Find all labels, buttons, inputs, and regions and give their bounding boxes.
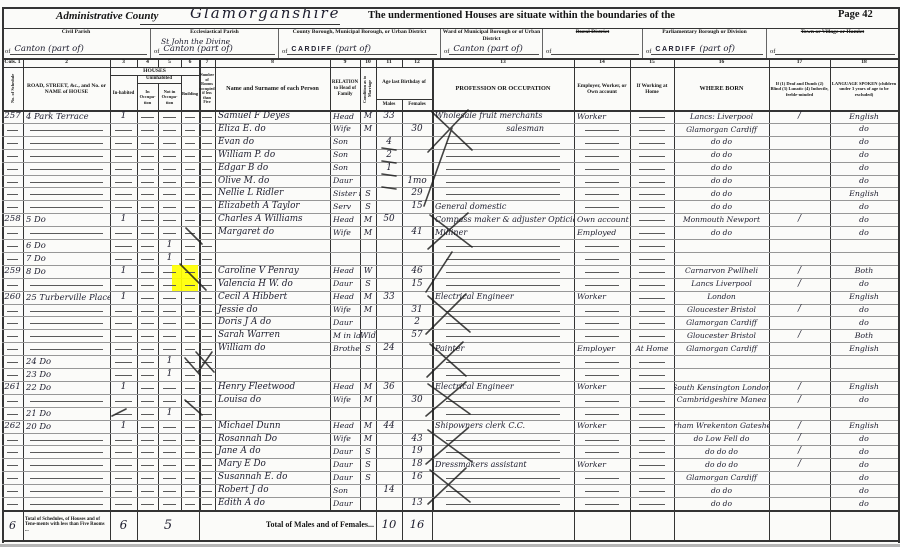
cell-inh: 1 xyxy=(110,265,137,278)
cell-dash xyxy=(115,401,131,402)
cell-dash xyxy=(115,143,131,144)
cell-dash xyxy=(163,452,177,453)
cell-name: Doris J A do xyxy=(215,316,330,329)
cell-dash xyxy=(7,207,19,208)
cell-dash xyxy=(585,478,619,479)
cell-dash xyxy=(7,285,19,286)
cell-dash xyxy=(185,194,196,195)
cell-sched: 259 xyxy=(2,265,23,278)
cell-prof: Electrical Engineer xyxy=(432,291,574,304)
cell-dash xyxy=(30,182,104,183)
cell-dash xyxy=(185,285,196,286)
cell-lang: do xyxy=(830,445,898,458)
cell-name: Nellie L Ridler xyxy=(215,187,330,200)
cell-dash xyxy=(7,156,19,157)
cell-dash xyxy=(30,207,104,208)
cell-dash xyxy=(585,452,619,453)
cell-dash xyxy=(446,478,560,479)
cell-dash xyxy=(163,143,177,144)
cell-dash xyxy=(30,323,104,324)
cell-dash xyxy=(7,130,19,131)
column-number: Cols. 1 xyxy=(2,58,23,67)
cell-dash xyxy=(30,504,104,505)
cell-name: Valencia H W. do xyxy=(215,278,330,291)
cell-dash xyxy=(446,259,560,260)
cell-dash xyxy=(30,143,104,144)
cell-rel: Head xyxy=(330,265,360,278)
cell-name: Cecil A Hibbert xyxy=(215,291,330,304)
column-header-rooms: Number of Rooms occupied if less than Fi… xyxy=(199,68,215,110)
cell-dash xyxy=(639,375,665,376)
cell-infirm: / xyxy=(769,110,830,123)
cell-dash xyxy=(163,194,177,195)
column-header-prof: PROFESSION OR OCCUPATION xyxy=(432,70,574,108)
cell-dash xyxy=(446,375,560,376)
cell-agem: 24 xyxy=(376,342,402,355)
cell-agef: 30 xyxy=(402,394,432,407)
cell-prof: salesman xyxy=(432,123,574,136)
column-header-born: WHERE BORN xyxy=(674,70,769,108)
cell-name: Margaret do xyxy=(215,226,330,239)
cell-lang: do xyxy=(830,123,898,136)
cell-lang: do xyxy=(830,484,898,497)
cell-addr: 21 Do xyxy=(23,407,110,420)
cell-rel: Head xyxy=(330,110,360,123)
column-header-emp: Employer, Worker, or Own account xyxy=(574,70,630,108)
cell-born: do do xyxy=(674,200,769,213)
table-vertical-rule xyxy=(769,510,770,540)
cell-dash xyxy=(115,465,131,466)
cell-dash xyxy=(7,414,19,415)
column-number: 5 xyxy=(158,58,181,67)
cell-dash xyxy=(185,388,196,389)
cell-dash xyxy=(30,169,104,170)
cell-dash xyxy=(185,207,196,208)
cell-dash xyxy=(141,272,154,273)
cell-rel: Brother xyxy=(330,342,360,355)
cell-dash xyxy=(585,194,619,195)
cell-lang: do xyxy=(830,136,898,149)
cell-dash xyxy=(141,246,154,247)
cell-infirm: / xyxy=(769,458,830,471)
cell-dash xyxy=(639,311,665,312)
cell-born: London xyxy=(674,291,769,304)
cell-born: Durham Wrekenton Gateshead xyxy=(674,420,769,433)
cell-lang: English xyxy=(830,342,898,355)
cell-dash xyxy=(202,285,212,286)
cell-cond: S xyxy=(360,342,376,355)
cell-dash xyxy=(639,169,665,170)
cell-dash xyxy=(163,233,177,234)
cell-dash xyxy=(141,465,154,466)
column-header-cond: Condition as to Marriage xyxy=(360,68,376,110)
cell-dash xyxy=(202,169,212,170)
district-box: Rural Districtof xyxy=(542,28,642,58)
column-number: 15 xyxy=(630,58,674,67)
cell-cond: M xyxy=(360,394,376,407)
total-females: 16 xyxy=(402,510,432,540)
cell-rel: Daur xyxy=(330,497,360,510)
cell-lang: do xyxy=(830,497,898,510)
table-vertical-rule xyxy=(630,510,631,540)
cell-agem: 36 xyxy=(376,381,402,394)
cell-agem: 14 xyxy=(376,484,402,497)
cell-dash xyxy=(639,285,665,286)
cell-dash xyxy=(202,194,212,195)
cell-dash xyxy=(7,143,19,144)
cell-dash xyxy=(446,440,560,441)
cell-dash xyxy=(585,401,619,402)
cell-lang: Both xyxy=(830,329,898,342)
cell-dash xyxy=(202,182,212,183)
cell-name: Michael Dunn xyxy=(215,420,330,433)
cell-born: Glamorgan Cardiff xyxy=(674,342,769,355)
district-value-row: ofCanton (part of) xyxy=(5,44,147,55)
cell-agef: 29 xyxy=(402,187,432,200)
cell-dash xyxy=(163,130,177,131)
cell-dash xyxy=(185,311,196,312)
cell-dash xyxy=(446,194,560,195)
cell-dash xyxy=(585,246,619,247)
column-number: 14 xyxy=(574,58,630,67)
column-header-notocc: Not in Occupa-tion xyxy=(158,84,181,110)
cell-infirm: / xyxy=(769,278,830,291)
district-value-row: of xyxy=(546,48,639,55)
cell-dash xyxy=(185,465,196,466)
cell-born: do do xyxy=(674,497,769,510)
cell-rel: Daur xyxy=(330,278,360,291)
cell-dash xyxy=(639,414,665,415)
cell-dash xyxy=(585,182,619,183)
cell-cond: S xyxy=(360,458,376,471)
cell-dash xyxy=(202,362,212,363)
cell-born: do do xyxy=(674,187,769,200)
cell-emp: Worker xyxy=(574,458,630,471)
cell-dash xyxy=(639,388,665,389)
cell-name: Louisa do xyxy=(215,394,330,407)
cell-dash xyxy=(185,452,196,453)
cell-dash xyxy=(639,452,665,453)
cell-dash xyxy=(639,130,665,131)
cell-dash xyxy=(7,259,19,260)
cell-sched: 260 xyxy=(2,291,23,304)
district-title: Civil Parish xyxy=(2,28,150,36)
district-value-row: of xyxy=(770,48,895,55)
cell-rel: Son xyxy=(330,149,360,162)
page-number: Page 42 xyxy=(838,9,873,20)
cell-rel: Daur xyxy=(330,458,360,471)
table-vertical-rule xyxy=(199,58,201,510)
cell-born: do do xyxy=(674,226,769,239)
cell-notocc: 1 xyxy=(158,239,181,252)
cell-dash xyxy=(7,246,19,247)
cell-cond: S xyxy=(360,200,376,213)
cell-dash xyxy=(446,285,560,286)
cell-born: do do xyxy=(674,484,769,497)
cell-cond: M xyxy=(360,381,376,394)
table-vertical-rule xyxy=(574,58,575,510)
cell-dash xyxy=(202,401,212,402)
cell-born: do do do xyxy=(674,445,769,458)
cell-agef: 15 xyxy=(402,200,432,213)
table-row-rule xyxy=(2,368,898,369)
cell-dash xyxy=(7,504,19,505)
district-value: Canton (part of) xyxy=(159,44,275,55)
cell-dash xyxy=(7,233,19,234)
cell-dash xyxy=(30,440,104,441)
cell-dash xyxy=(30,349,104,350)
cell-dash xyxy=(185,272,196,273)
cell-dash xyxy=(639,182,665,183)
cell-prof: Wholesale fruit merchants xyxy=(432,110,574,123)
cell-dash xyxy=(141,388,154,389)
cell-dash xyxy=(585,143,619,144)
cell-dash xyxy=(141,117,154,118)
cell-agef: 57 xyxy=(402,329,432,342)
cell-cond: S xyxy=(360,278,376,291)
cell-prof: Electrical Engineer xyxy=(432,381,574,394)
district-box: County Borough, Municipal Borough, or Ur… xyxy=(278,28,440,58)
cell-dash xyxy=(163,401,177,402)
cell-dash xyxy=(639,491,665,492)
cell-dash xyxy=(639,401,665,402)
cell-lang: English xyxy=(830,381,898,394)
cell-dash xyxy=(7,182,19,183)
cell-dash xyxy=(141,207,154,208)
cell-notocc: 1 xyxy=(158,252,181,265)
cell-prof: General domestic xyxy=(432,200,574,213)
cell-dash xyxy=(202,388,212,389)
column-number: 8 xyxy=(215,58,330,67)
district-box: Town or Village or Hamletof xyxy=(766,28,898,58)
cell-dash xyxy=(446,491,560,492)
cell-dash xyxy=(141,311,154,312)
cell-agef: 1mo xyxy=(402,175,432,188)
cell-dash xyxy=(141,414,154,415)
cell-dash xyxy=(7,349,19,350)
cell-lang: do xyxy=(830,433,898,446)
cell-cond: W xyxy=(360,265,376,278)
cell-dash xyxy=(202,130,212,131)
district-value-row: ofCARDIFF (part of) xyxy=(282,44,437,55)
cell-inh: 1 xyxy=(110,420,137,433)
cell-dash xyxy=(163,117,177,118)
cell-sched: 257 xyxy=(2,110,23,123)
cell-dash xyxy=(585,272,619,273)
cell-dash xyxy=(141,336,154,337)
cell-born: do do xyxy=(674,149,769,162)
cell-dash xyxy=(585,375,619,376)
cell-dash xyxy=(163,298,177,299)
district-value-row: ofCanton (part of) xyxy=(444,44,539,55)
cell-dash xyxy=(141,298,154,299)
cell-dash xyxy=(202,207,212,208)
cell-dash xyxy=(185,349,196,350)
district-box: Ecclesiastical ParishSt John the Divineo… xyxy=(150,28,278,58)
cell-dash xyxy=(163,427,177,428)
cell-dash xyxy=(185,504,196,505)
cell-dash xyxy=(585,504,619,505)
cell-dash xyxy=(141,375,154,376)
cell-agef: 2 xyxy=(402,316,432,329)
cell-dash xyxy=(115,311,131,312)
cell-dash xyxy=(639,272,665,273)
cell-rel: Sister in law xyxy=(330,187,360,200)
district-box: Parliamentary Borough or DivisionofCARDI… xyxy=(642,28,766,58)
cell-dash xyxy=(163,349,177,350)
cell-rel: M in law xyxy=(330,329,360,342)
cell-born: do do xyxy=(674,162,769,175)
district-value-row: ofCanton (part of) xyxy=(154,44,275,55)
cell-born: do do xyxy=(674,175,769,188)
cell-dash xyxy=(446,272,560,273)
cell-dash xyxy=(115,233,131,234)
cell-born: Glamorgan Cardiff xyxy=(674,471,769,484)
cell-dash xyxy=(202,465,212,466)
cell-dash xyxy=(639,465,665,466)
cell-rel: Head xyxy=(330,213,360,226)
cell-dash xyxy=(115,207,131,208)
cell-dash xyxy=(639,440,665,441)
cell-born: Carnarvon Pwllheli xyxy=(674,265,769,278)
cell-dash xyxy=(115,452,131,453)
cell-name: Caroline V Penray xyxy=(215,265,330,278)
cell-born: Lancs Liverpool xyxy=(674,278,769,291)
cell-name: Edith A do xyxy=(215,497,330,510)
column-header-home: If Working at Home xyxy=(630,70,674,108)
cell-notocc: 1 xyxy=(158,368,181,381)
cell-dash xyxy=(202,156,212,157)
cell-dash xyxy=(30,465,104,466)
cell-emp: Employer xyxy=(574,342,630,355)
cell-emp: Worker xyxy=(574,291,630,304)
cell-rel: Head xyxy=(330,381,360,394)
cell-dash xyxy=(141,362,154,363)
cell-sched: 258 xyxy=(2,213,23,226)
cell-inh: 1 xyxy=(110,213,137,226)
cell-dash xyxy=(185,233,196,234)
cell-addr: 25 Turberville Place xyxy=(23,291,110,304)
cell-name: Edgar B do xyxy=(215,162,330,175)
cell-name: Jessie do xyxy=(215,304,330,317)
cell-dash xyxy=(185,414,196,415)
cell-dash xyxy=(185,491,196,492)
cell-dash xyxy=(202,491,212,492)
cell-dash xyxy=(446,401,560,402)
cell-born: Glamorgan Cardiff xyxy=(674,123,769,136)
cell-dash xyxy=(115,414,131,415)
cell-dash xyxy=(185,336,196,337)
cell-agem: 1 xyxy=(376,162,402,175)
table-horizontal-rule xyxy=(2,28,898,29)
cell-rel: Son xyxy=(330,484,360,497)
cell-agef: 46 xyxy=(402,265,432,278)
cell-addr: 5 Do xyxy=(23,213,110,226)
column-number: 6 xyxy=(181,58,199,67)
cell-dash xyxy=(585,130,619,131)
cell-dash xyxy=(7,491,19,492)
cell-dash xyxy=(7,401,19,402)
district-value: CARDIFF (part of) xyxy=(651,44,763,55)
cell-lang: do xyxy=(830,226,898,239)
cell-dash xyxy=(585,362,619,363)
cell-lang: do xyxy=(830,162,898,175)
cell-infirm: / xyxy=(769,329,830,342)
cell-dash xyxy=(202,478,212,479)
cell-dash xyxy=(30,194,104,195)
cell-dash xyxy=(446,182,560,183)
cell-dash xyxy=(7,440,19,441)
cell-name: Sarah Warren xyxy=(215,329,330,342)
total-males-females-label: Total of Males and of Females... xyxy=(199,510,376,540)
table-row-rule xyxy=(2,252,898,253)
district-title: Town or Village or Hamlet xyxy=(767,28,898,36)
column-number: 2 xyxy=(23,58,110,67)
column-header-inocc: In Occupa-tion xyxy=(137,84,158,110)
cell-dash xyxy=(202,452,212,453)
cell-dash xyxy=(115,323,131,324)
cell-dash xyxy=(185,259,196,260)
cell-dash xyxy=(141,323,154,324)
cell-born: do Low Fell do xyxy=(674,433,769,446)
cell-dash xyxy=(446,143,560,144)
cell-name: William do xyxy=(215,342,330,355)
cell-rel: Daur xyxy=(330,445,360,458)
cell-dash xyxy=(115,130,131,131)
cell-dash xyxy=(115,504,131,505)
cell-dash xyxy=(185,220,196,221)
cell-name: Jane A do xyxy=(215,445,330,458)
cell-lang: English xyxy=(830,420,898,433)
table-vertical-rule xyxy=(630,58,631,510)
cell-agef: 30 xyxy=(402,123,432,136)
cell-infirm: / xyxy=(769,213,830,226)
cell-dash xyxy=(141,491,154,492)
cell-cond: M xyxy=(360,226,376,239)
cell-lang: do xyxy=(830,175,898,188)
cell-dash xyxy=(585,311,619,312)
column-number: 3 xyxy=(110,58,137,67)
cell-agef: 13 xyxy=(402,497,432,510)
cell-dash xyxy=(585,414,619,415)
cell-rel: Wife xyxy=(330,394,360,407)
cell-dash xyxy=(446,452,560,453)
district-value xyxy=(775,54,895,55)
cell-cond: M xyxy=(360,123,376,136)
cell-dash xyxy=(163,169,177,170)
total-males: 10 xyxy=(376,510,402,540)
cell-rel: Daur xyxy=(330,175,360,188)
cell-dash xyxy=(7,194,19,195)
cell-dash xyxy=(30,130,104,131)
cell-dash xyxy=(30,156,104,157)
cell-dash xyxy=(115,491,131,492)
cell-dash xyxy=(163,336,177,337)
cell-rel: Son xyxy=(330,162,360,175)
cell-prof: Shipowners clerk C.C. xyxy=(432,420,574,433)
cell-dash xyxy=(639,298,665,299)
cell-lang: do xyxy=(830,213,898,226)
cell-dash xyxy=(30,311,104,312)
cell-dash xyxy=(639,207,665,208)
cell-addr: 6 Do xyxy=(23,239,110,252)
cell-dash xyxy=(30,491,104,492)
cell-dash xyxy=(115,349,131,350)
cell-dash xyxy=(163,311,177,312)
cell-dash xyxy=(202,427,212,428)
cell-dash xyxy=(163,323,177,324)
table-vertical-rule xyxy=(574,510,575,540)
